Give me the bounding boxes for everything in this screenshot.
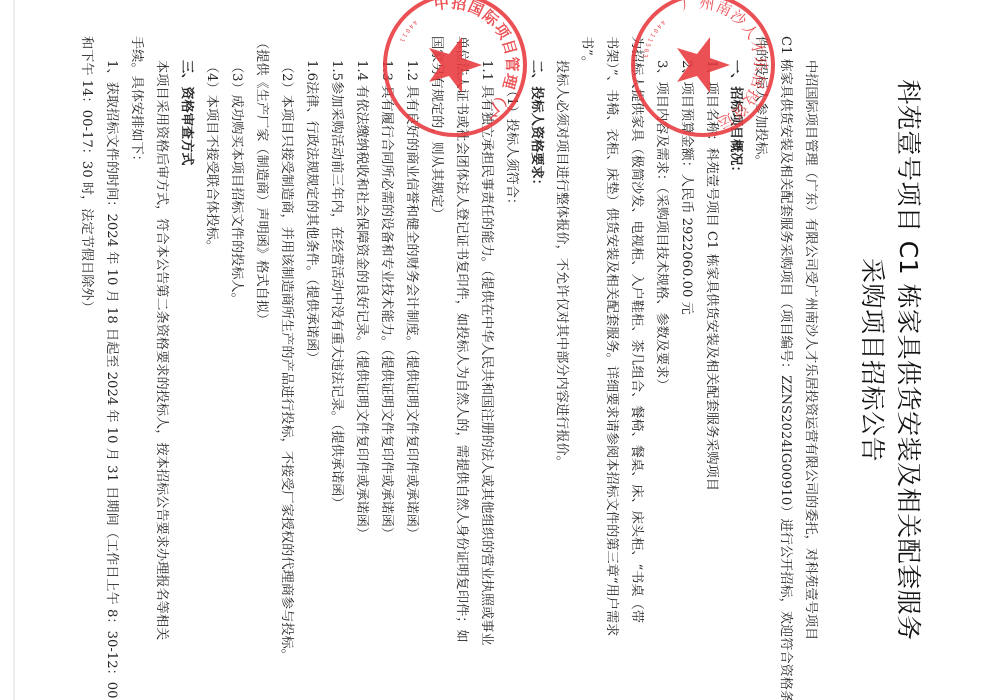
section-item: 手续。具体安排如下：: [128, 36, 144, 168]
section-item: 1.1 具有独立承担民事责任的能力。（提供在中华人民共和国注册的法人或其他组织的…: [478, 60, 494, 646]
section-item: （2）本项目只接受制造商，并用该制造商所生产的产品进行投标，不接受厂家授权的代理…: [278, 60, 294, 662]
section-item: 书”。: [578, 36, 594, 69]
document-viewer: 科苑壹号项目 C1 栋家具供货安装及相关配套服务 采购项目招标公告 中招国际项目…: [0, 0, 990, 700]
section-item: 1.5参加采购活动前三年内，在经营活动中没有重大违法记录。（提供承诺函）: [328, 60, 344, 510]
section-item: 1.6法律、行政法规规定的其他条件。（提供承诺函）: [303, 60, 319, 365]
official-seal-nansha-icon: 广州南沙人才乐居投资运 44011503: [628, 0, 778, 140]
intro-line: 中招国际项目管理（广东）有限公司受广州南沙人才乐居投资运营有限公司的委托，对科苑…: [802, 60, 818, 640]
section-item: 本项目采用资格后审方式，符合本公告第二条资格要求的投标人，按本招标公告要求办理报…: [153, 60, 169, 640]
intro-line: C1 栋家具供货安装及相关配套服务采购项目（项目编号：ZZNS2024IG009…: [777, 36, 793, 700]
section-item: 1.4 有依法缴纳税收和社会保障资金的良好记录。（提供证明文件复印件或承诺函）: [353, 60, 369, 540]
section-item: 书架）”、书椅、衣柜、床垫）供货安装及相关配套服务。详细要求请参阅本招标文件的第…: [603, 36, 619, 636]
section-item: （4）本项目不接受联合体投标。: [203, 60, 219, 253]
scan-edge: [13, 0, 15, 700]
document-subtitle: 采购项目招标公告: [855, 40, 889, 680]
section-item: （3）成功购买本项目招标文件的投标人。: [228, 60, 244, 306]
section-item: 和下午 14：00-17：30 时，法定节假日除外）: [78, 36, 94, 314]
section-item: 1、获取招标文件的时间：2024 年 10 月 18 日起至 2024 年 10…: [103, 60, 119, 699]
section-heading: 三、资格审查方式: [178, 60, 194, 166]
section-item: （提供《生产厂家（制造商）声明函》格式自拟）: [253, 36, 269, 326]
document-page: 科苑壹号项目 C1 栋家具供货安装及相关配套服务 采购项目招标公告 中招国际项目…: [0, 0, 990, 700]
official-seal-zhongzhao-icon: 中招国际项目管理（广 44011: [380, 0, 530, 140]
section-item: 投标人必须对项目进行整体报价，不允许仅对其中部分内容进行报价。: [553, 60, 569, 469]
document-title: 科苑壹号项目 C1 栋家具供货安装及相关配套服务: [891, 40, 925, 680]
section-heading: 二、投标人资格要求：: [528, 60, 544, 192]
